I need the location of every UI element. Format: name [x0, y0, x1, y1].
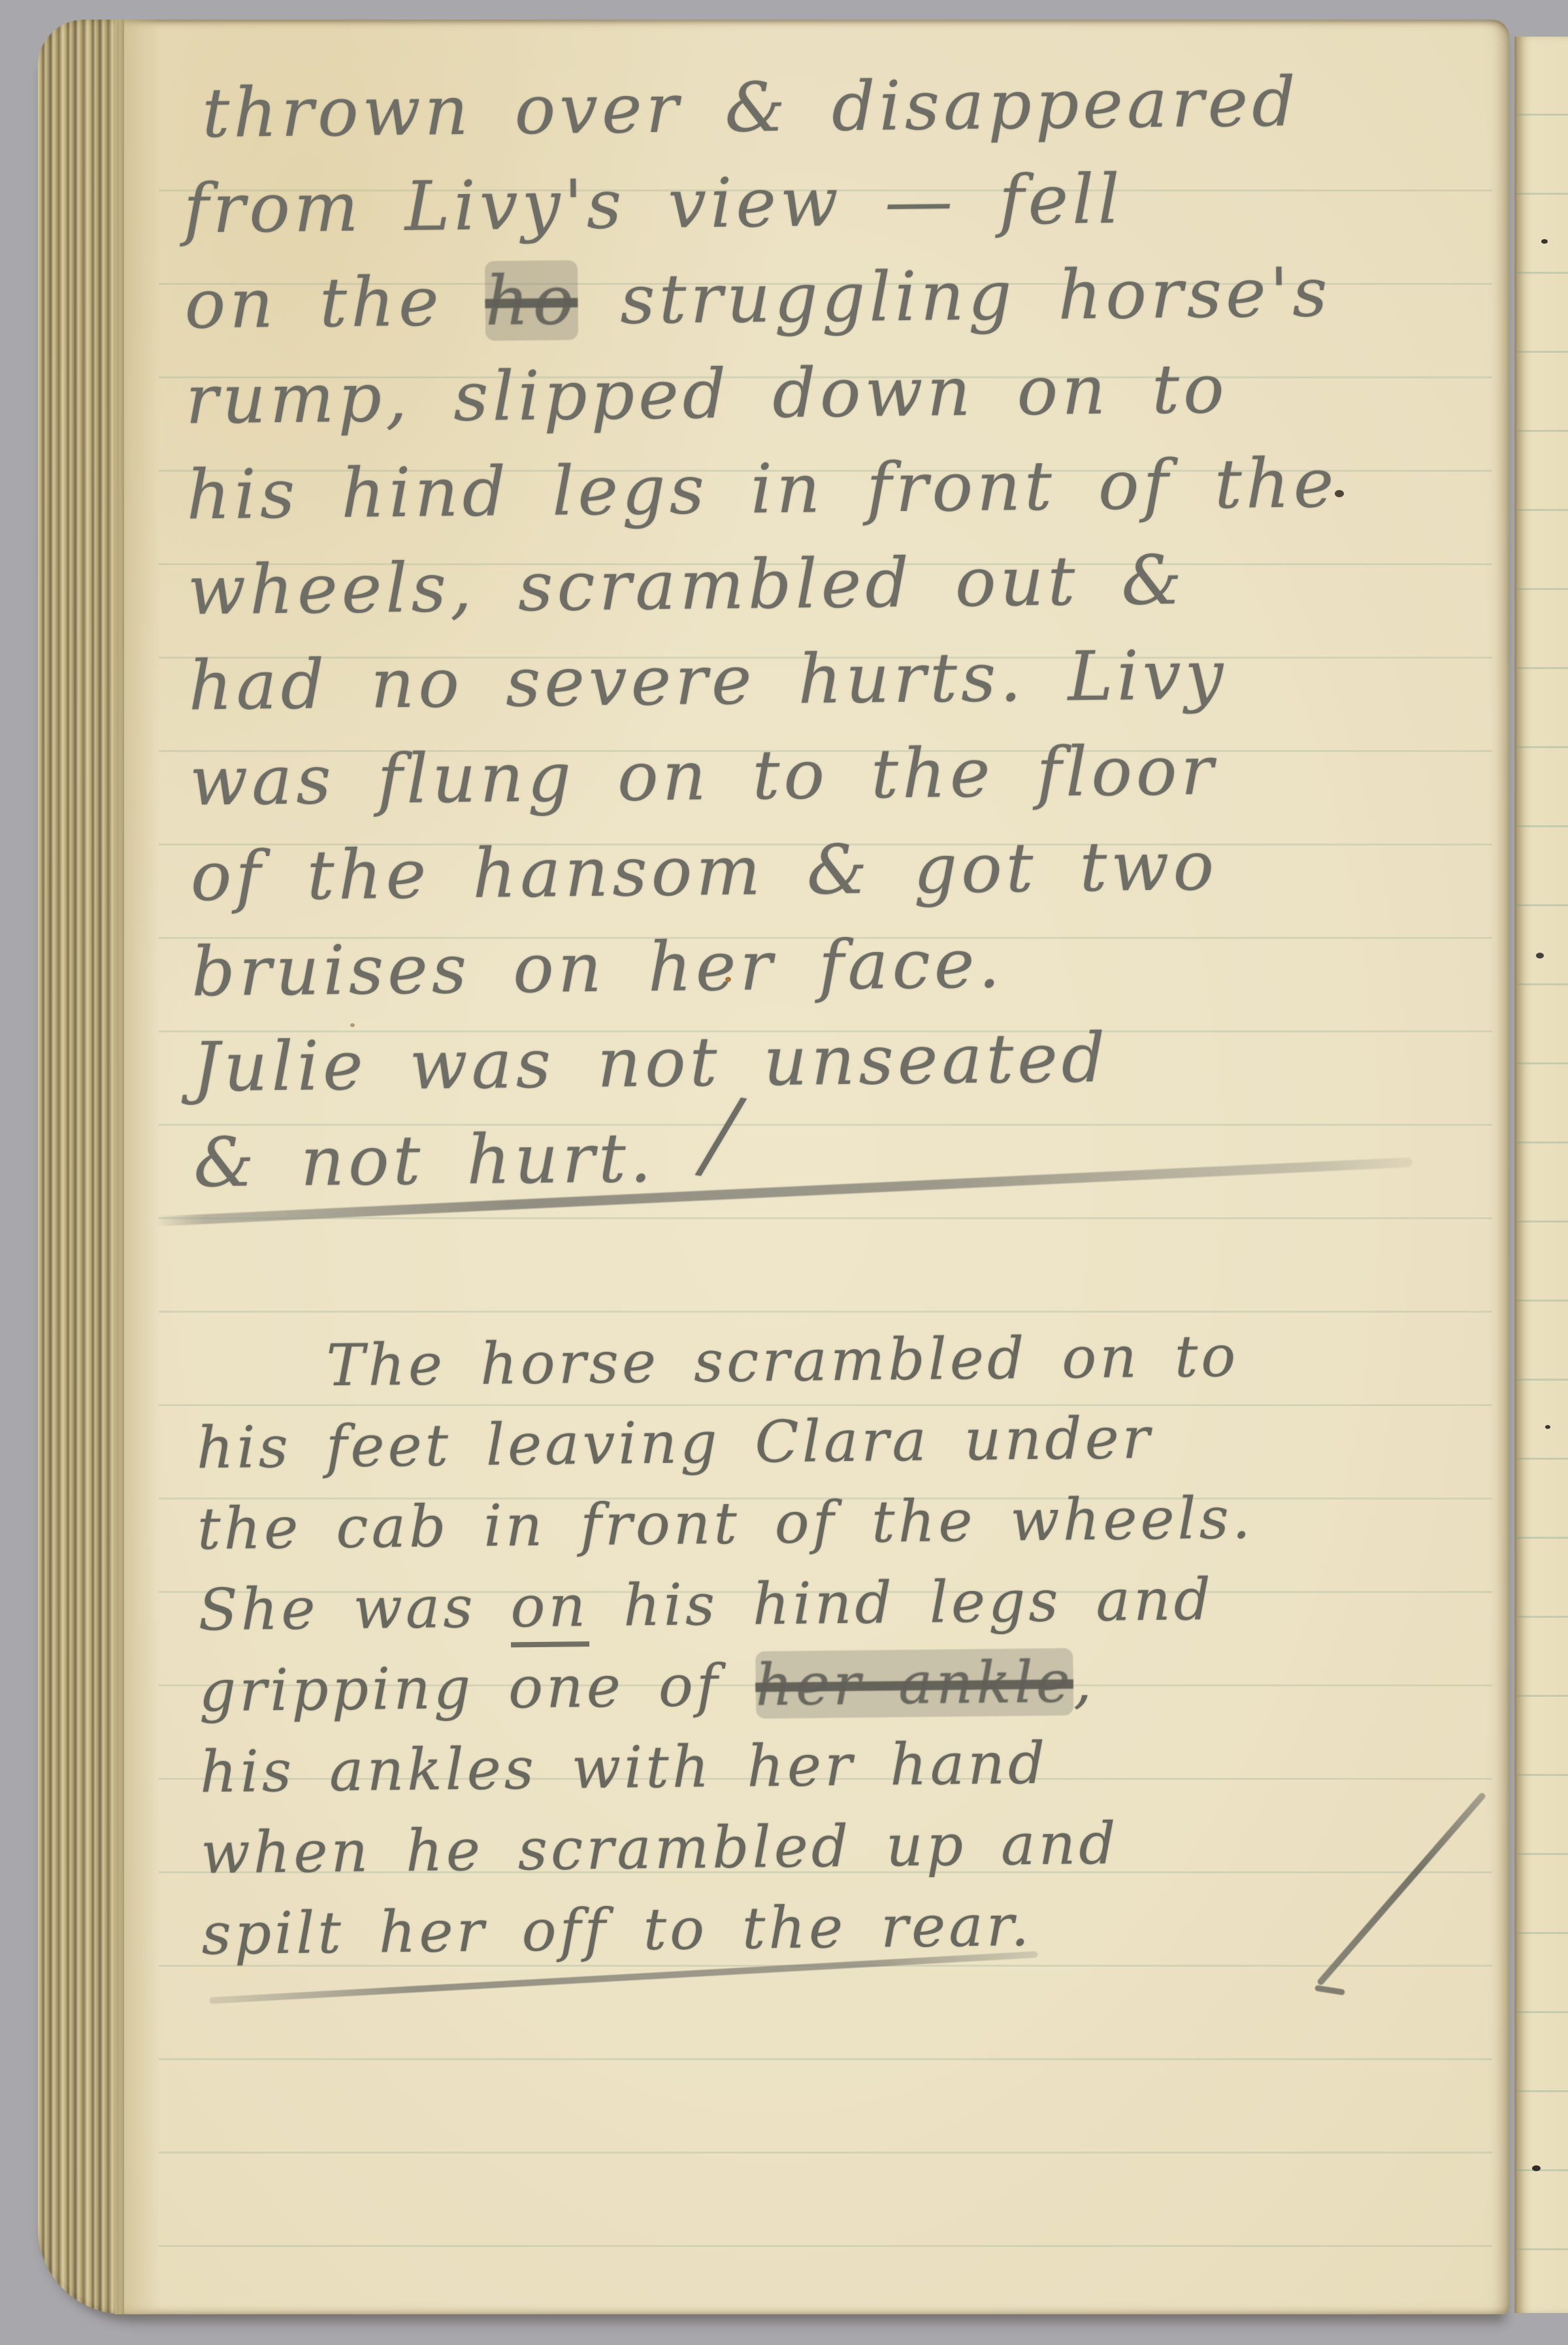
paper-speck — [725, 977, 731, 982]
handwritten-line: his hind legs in front of the — [186, 434, 1487, 543]
handwriting-text: of the hansom & got two — [190, 826, 1218, 916]
handwriting-text: the cab in front of the wheels. — [197, 1484, 1254, 1562]
handwriting-scribble: ho — [485, 260, 578, 340]
handwritten-line: Julie was not unseated — [192, 1006, 1493, 1115]
facing-page-sliver — [1514, 37, 1568, 2313]
handwriting-text: wheels, scrambled out & — [188, 540, 1186, 630]
handwriting-text: had no severe hurts. Livy — [188, 635, 1228, 726]
ink-speck — [1541, 239, 1548, 244]
handwriting-text: rump, slipped down on to — [185, 349, 1228, 440]
handwriting-text: struggling horse's — [578, 252, 1332, 340]
handwritten-line: & not hurt. / — [193, 1102, 1494, 1211]
handwriting-text: on the — [184, 261, 485, 344]
page-edge-fade — [115, 20, 161, 2314]
handwritten-line: his ankles with her hand — [199, 1718, 1500, 1813]
handwriting-text: when he scrambled up and — [201, 1810, 1119, 1887]
paragraph-2: The horse scrambled on tohis feet leavin… — [195, 1313, 1502, 1975]
paper-speck — [350, 1023, 355, 1027]
handwriting-text: The horse scrambled on to — [326, 1322, 1239, 1400]
paragraph-1: thrown over & disappearedfrom Livy's vie… — [182, 52, 1494, 1211]
handwriting-scribble: her ankle — [755, 1648, 1074, 1718]
handwriting-text: gripping one of — [199, 1651, 756, 1724]
handwriting-text: bruises on her face. — [191, 923, 1004, 1011]
handwriting-text: thrown over & disappeared — [202, 62, 1299, 154]
handwritten-line: The horse scrambled on to — [195, 1313, 1496, 1408]
handwriting-text: his feet leaving Clara under — [196, 1404, 1153, 1481]
handwriting-text: his hind legs in front of the — [186, 443, 1338, 534]
handwriting-content: thrown over & disappearedfrom Livy's vie… — [182, 52, 1502, 1975]
handwriting-underline: on — [510, 1572, 589, 1647]
facing-page-ruled-lines — [1516, 37, 1568, 2313]
handwritten-line: from Livy's view — fell — [183, 148, 1484, 257]
handwritten-line: rump, slipped down on to — [185, 338, 1486, 448]
ink-speck — [1545, 1425, 1550, 1429]
handwritten-line: of the hansom & got two — [190, 815, 1491, 925]
handwritten-line: gripping one of her ankle, — [199, 1637, 1499, 1732]
handwriting-text: She was — [198, 1573, 511, 1643]
handwriting-text: & not hurt. — [193, 1117, 698, 1202]
handwritten-line: when he scrambled up and — [201, 1799, 1501, 1894]
handwritten-line: bruises on her face. — [191, 911, 1492, 1020]
ink-speck — [1536, 953, 1544, 959]
handwritten-line: on the ho struggling horse's — [184, 243, 1485, 352]
paper-speck — [1335, 490, 1344, 497]
handwritten-line: his feet leaving Clara under — [196, 1394, 1497, 1489]
handwriting-text: spilt her off to the rear. — [201, 1892, 1032, 1967]
handwritten-line: thrown over & disappeared — [182, 52, 1483, 161]
handwritten-line: the cab in front of the wheels. — [197, 1475, 1498, 1570]
handwriting-text: was flung on to the floor — [189, 730, 1218, 821]
handwriting-text: , — [1073, 1648, 1095, 1715]
handwriting-text: Julie was not unseated — [192, 1018, 1109, 1107]
handwritten-line: She was on his hind legs and — [198, 1556, 1499, 1651]
scanned-notebook-photo: thrown over & disappearedfrom Livy's vie… — [0, 0, 1568, 2345]
ink-speck — [1532, 2165, 1541, 2171]
handwriting-text: his ankles with her hand — [200, 1730, 1049, 1806]
handwriting-text: from Livy's view — fell — [183, 159, 1124, 248]
handwritten-line: wheels, scrambled out & — [187, 529, 1488, 638]
handwritten-line: spilt her off to the rear. — [201, 1880, 1502, 1975]
handwritten-line: was flung on to the floor — [189, 720, 1490, 829]
page-edge-stack — [38, 20, 124, 2314]
handwriting-text: his hind legs and — [589, 1566, 1215, 1639]
handwritten-line: had no severe hurts. Livy — [188, 625, 1489, 734]
